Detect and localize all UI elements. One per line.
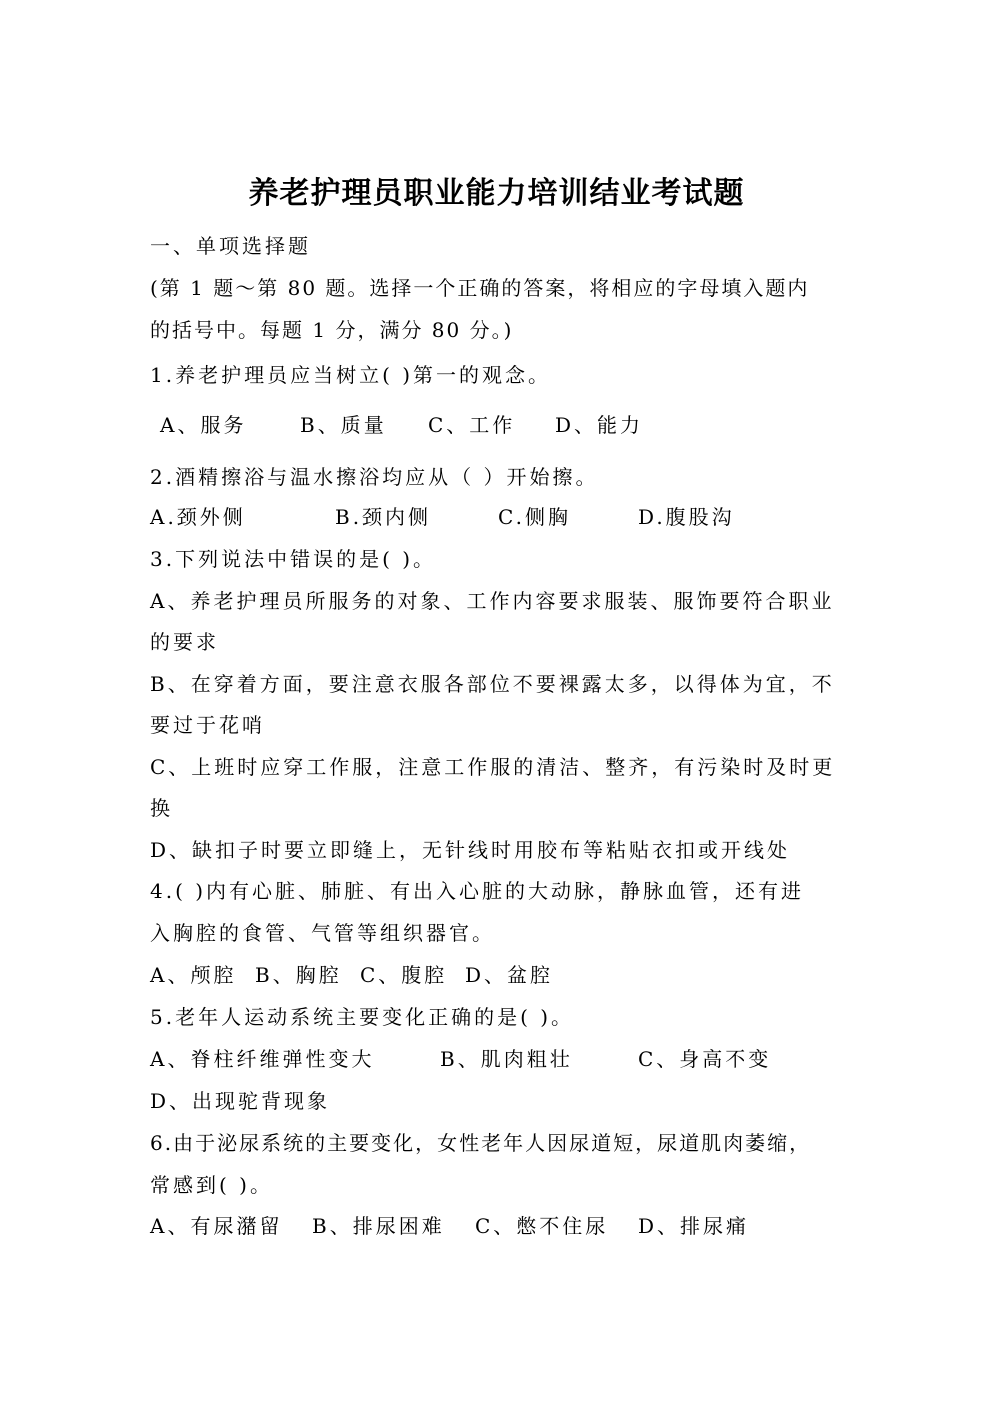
- option-c: C、身高不变: [638, 1045, 771, 1073]
- option-c: C、腹腔: [360, 961, 447, 989]
- option-b: B.颈内侧: [335, 503, 431, 531]
- question-3-option-c-line-2: 换: [150, 794, 173, 822]
- question-3-stem: 3.下列说法中错误的是( )。: [150, 545, 436, 573]
- option-d: D.腹股沟: [638, 503, 735, 531]
- option-c: C、憋不住尿: [475, 1212, 608, 1240]
- option-d: D、能力: [555, 411, 643, 439]
- question-6-stem-line-1: 6.由于泌尿系统的主要变化，女性老年人因尿道短，尿道肌肉萎缩，: [150, 1129, 811, 1157]
- option-b: B、质量: [300, 411, 387, 439]
- question-6-stem-line-2: 常感到( )。: [150, 1171, 273, 1199]
- question-3-option-b-line-1: B、在穿着方面，要注意衣服各部位不要裸露太多，以得体为宜，不: [150, 670, 835, 698]
- instructions-line-2: 的括号中。每题 1 分，满分 80 分。): [150, 316, 513, 344]
- instructions-line-1: (第 1 题～第 80 题。选择一个正确的答案，将相应的字母填入题内: [150, 274, 809, 302]
- question-3-option-a-line-2: 的要求: [150, 628, 219, 656]
- question-5-stem: 5.老年人运动系统主要变化正确的是( )。: [150, 1003, 574, 1031]
- question-3-option-b-line-2: 要过于花哨: [150, 711, 265, 739]
- document-title: 养老护理员职业能力培训结业考试题: [0, 172, 993, 216]
- option-a: A.颈外侧: [150, 503, 246, 531]
- option-a: A、颅腔: [150, 961, 236, 989]
- option-d: D、出现驼背现象: [150, 1087, 330, 1115]
- question-4-stem-line-1: 4.( )内有心脏、肺脏、有出入心脏的大动脉，静脉血管，还有进: [150, 877, 804, 905]
- question-2-stem: 2.酒精擦浴与温水擦浴均应从（ ）开始擦。: [150, 463, 598, 491]
- option-b: B、胸腔: [255, 961, 342, 989]
- option-d: D、排尿痛: [638, 1212, 749, 1240]
- question-3-option-c-line-1: C、上班时应穿工作服，注意工作服的清洁、整齐，有污染时及时更: [150, 753, 835, 781]
- option-c: C、工作: [428, 411, 515, 439]
- question-4-stem-line-2: 入胸腔的食管、气管等组织器官。: [150, 919, 495, 947]
- question-3-option-a-line-1: A、养老护理员所服务的对象、工作内容要求服装、服饰要符合职业: [150, 587, 834, 615]
- option-c: C.侧胸: [498, 503, 571, 531]
- option-b: B、肌肉粗壮: [440, 1045, 573, 1073]
- option-b: B、排尿困难: [312, 1212, 445, 1240]
- question-3-option-d: D、缺扣子时要立即缝上，无针线时用胶布等粘贴衣扣或开线处: [150, 836, 790, 864]
- question-1-stem: 1.养老护理员应当树立( )第一的观念。: [150, 361, 551, 389]
- option-d: D、盆腔: [465, 961, 553, 989]
- section-heading: 一、单项选择题: [150, 232, 311, 260]
- option-a: A、服务: [160, 411, 246, 439]
- option-a: A、脊柱纤维弹性变大: [150, 1045, 374, 1073]
- option-a: A、有尿潴留: [150, 1212, 282, 1240]
